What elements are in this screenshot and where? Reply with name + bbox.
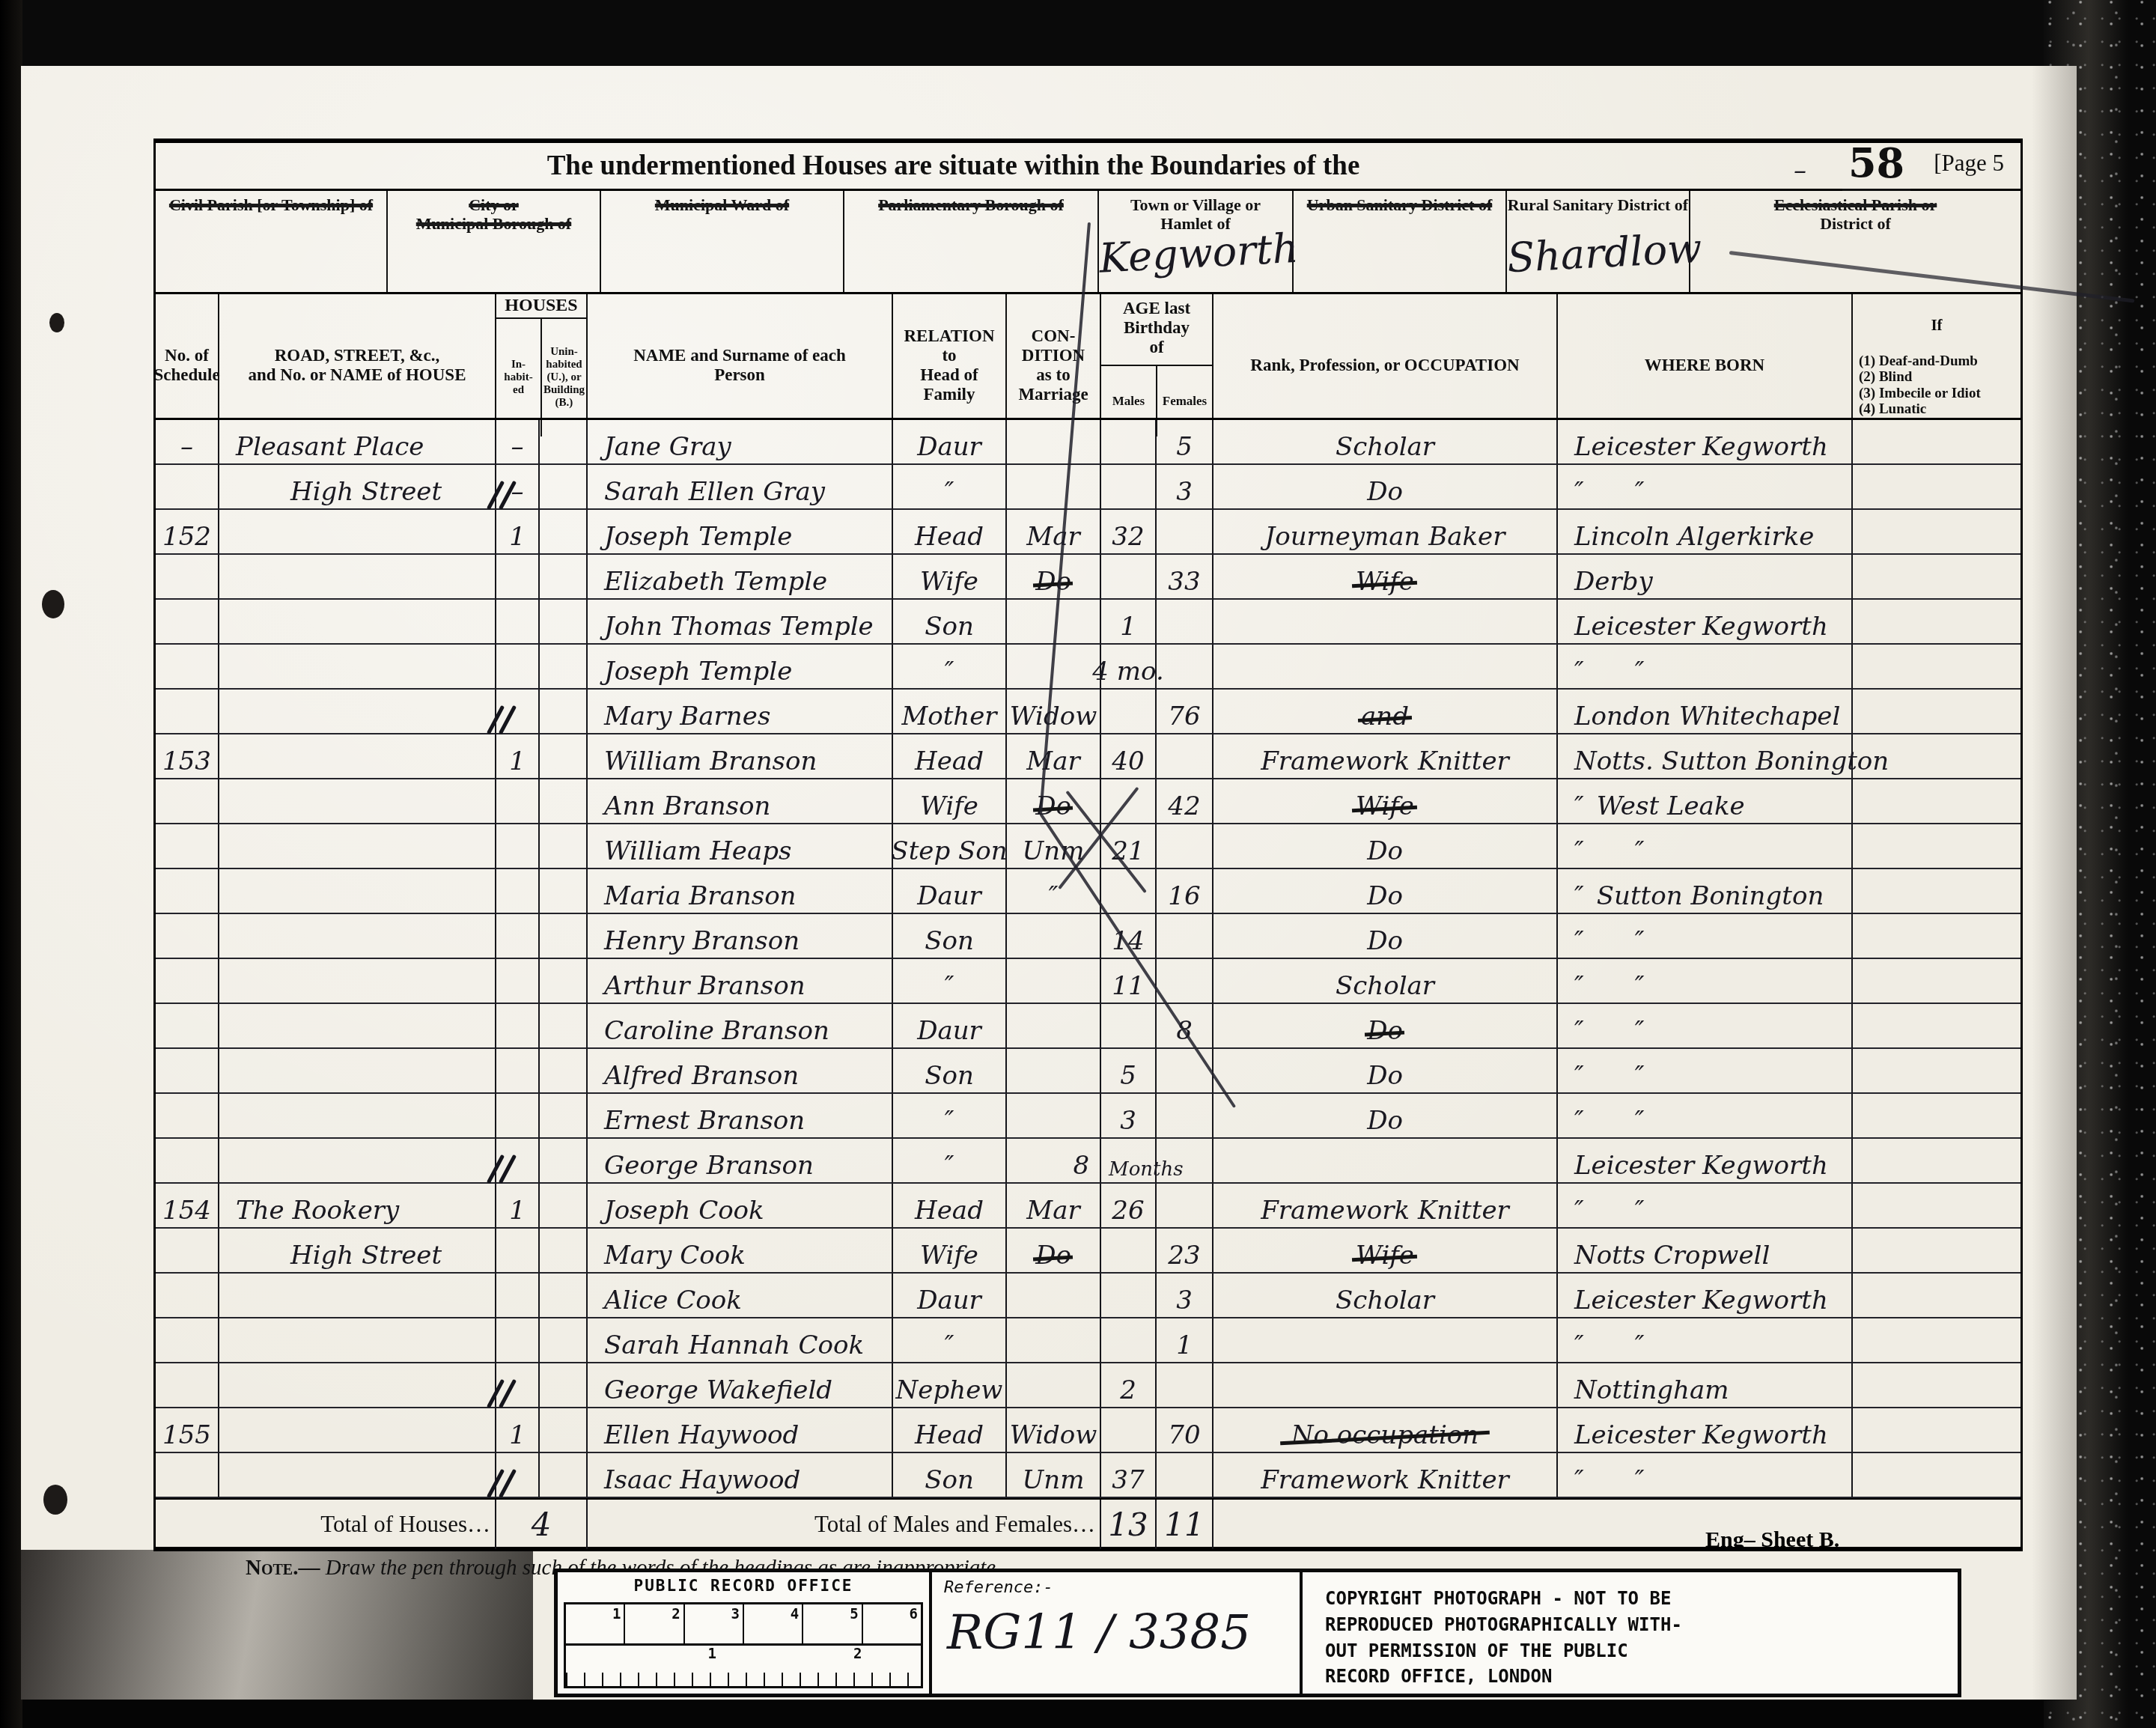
cell-relation: ″ [893,1094,1007,1139]
cell-born: Leicester Kegworth [1558,1408,1853,1453]
paper: The undermentioned Houses are situate wi… [21,66,2077,1700]
cell-occupation: Scholar [1213,1274,1558,1318]
cell-infirmity [1853,1229,2021,1274]
cell-name: William Branson [588,734,893,779]
cell-condition [1007,1318,1101,1363]
inch-ruler: 1 2 [564,1644,923,1688]
district-value: Kegworth [1098,225,1294,282]
cell-female [1157,1184,1213,1229]
cell-male: 4 mo. [1101,645,1157,690]
cell-condition: Mar [1007,1184,1101,1229]
cell-road [219,600,496,645]
cell-uninhabited [540,1139,588,1184]
cell-relation: Nephew [893,1363,1007,1408]
form-title: The undermentioned Houses are situate wi… [156,150,1751,182]
inch-1: 1 [708,1646,716,1662]
cell-schedule: 154 [156,1184,219,1229]
cell-born: Lincoln Algerkirke [1558,510,1853,555]
cell-name: Joseph Temple [588,645,893,690]
cell-born: ″ ″ [1558,914,1853,959]
page-block: – 58 [Page 5 [1752,142,2007,187]
cell-name: Isaac Haywood [588,1453,893,1498]
cell-occupation: Wife [1213,779,1558,824]
col-condition: CON- DITION as to Marriage [1007,294,1101,436]
cell-born: Leicester Kegworth [1558,600,1853,645]
cell-uninhabited [540,1318,588,1363]
cell-born: Derby [1558,555,1853,600]
total-houses-label: Total of Houses… [156,1500,496,1549]
reference-label: Reference:- [944,1578,1053,1597]
cell-male: 26 [1101,1184,1157,1229]
cell-male: 8Months [1101,1139,1157,1184]
cell-female: 33 [1157,555,1213,600]
cell-inhabited [496,600,540,645]
cell-infirmity [1853,1049,2021,1094]
cm-tick-6: 6 [863,1604,921,1643]
cell-relation: Head [893,1184,1007,1229]
cell-schedule [156,1274,219,1318]
cell-male: 11 [1101,959,1157,1004]
cell-condition [1007,1274,1101,1318]
cell-infirmity [1853,1408,2021,1453]
cm-tick-1: 1 [566,1604,625,1643]
cell-female [1157,1094,1213,1139]
cell-infirmity [1853,824,2021,869]
cell-occupation: Do [1213,465,1558,510]
cell-female: 3 [1157,1274,1213,1318]
cell-occupation: Scholar [1213,959,1558,1004]
cell-female: 16 [1157,869,1213,914]
cell-uninhabited [540,1184,588,1229]
col-occupation: Rank, Profession, or OCCUPATION [1213,294,1558,436]
cell-infirmity [1853,600,2021,645]
cell-infirmity [1853,1318,2021,1363]
copyright-text: COPYRIGHT PHOTOGRAPH - NOT TO BE REPRODU… [1325,1586,1958,1690]
cell-name: John Thomas Temple [588,600,893,645]
cell-relation: Son [893,600,1007,645]
cell-name: William Heaps [588,824,893,869]
district-0: Civil Parish [or Township] of [156,191,388,292]
cell-road [219,645,496,690]
cell-uninhabited [540,690,588,734]
cell-condition [1007,1049,1101,1094]
district-5: Urban Sanitary District of [1294,191,1507,292]
form-title-band: The undermentioned Houses are situate wi… [156,141,2021,189]
table-body: –Pleasant Place–Jane GrayDaur5ScholarLei… [156,418,2021,1498]
cell-schedule [156,1004,219,1049]
cell-road: High Street [219,465,496,510]
cell-relation: Daur [893,420,1007,465]
cell-condition: Widow [1007,1408,1101,1453]
cell-name: Joseph Cook [588,1184,893,1229]
table-header: No. of Schedule ROAD, STREET, &c., and N… [156,292,2021,418]
cell-schedule [156,1318,219,1363]
cell-born: Leicester Kegworth [1558,1139,1853,1184]
cell-uninhabited [540,1363,588,1408]
cell-female [1157,734,1213,779]
cell-uninhabited [540,510,588,555]
cell-road: The Rookery [219,1184,496,1229]
cell-infirmity [1853,1094,2021,1139]
cell-occupation: Do [1213,824,1558,869]
cell-relation: Daur [893,1004,1007,1049]
cell-road [219,1363,496,1408]
cell-born: ″ ″ [1558,1318,1853,1363]
cell-infirmity [1853,690,2021,734]
cell-road [219,1004,496,1049]
cell-road [219,1049,496,1094]
cell-female: 5 [1157,420,1213,465]
cell-road [219,914,496,959]
cell-condition: Unm [1007,1453,1101,1498]
cell-schedule [156,600,219,645]
cell-relation: ″ [893,465,1007,510]
cell-uninhabited [540,1229,588,1274]
cell-inhabited [496,1049,540,1094]
cell-name: Caroline Branson [588,1004,893,1049]
cell-born: ″ ″ [1558,465,1853,510]
cell-uninhabited [540,1049,588,1094]
cell-infirmity [1853,1363,2021,1408]
cell-relation: Wife [893,1229,1007,1274]
cell-name: Alice Cook [588,1274,893,1318]
cell-road [219,1094,496,1139]
cell-inhabited [496,1318,540,1363]
cell-female [1157,1049,1213,1094]
cell-relation: ″ [893,959,1007,1004]
cell-born: ″ ″ [1558,1004,1853,1049]
cell-relation: Wife [893,555,1007,600]
sheet-label: Eng– Sheet B. [1705,1527,1839,1553]
cell-road [219,1318,496,1363]
cell-road [219,510,496,555]
census-form: The undermentioned Houses are situate wi… [153,139,2023,1551]
copyright-box: COPYRIGHT PHOTOGRAPH - NOT TO BE REPRODU… [1303,1572,1958,1694]
cell-relation: Mother [893,690,1007,734]
cell-road: Pleasant Place [219,420,496,465]
cell-schedule [156,1049,219,1094]
cell-condition: Mar [1007,510,1101,555]
total-females-value: 11 [1157,1500,1213,1549]
cell-name: Elizabeth Temple [588,555,893,600]
cell-uninhabited [540,420,588,465]
cell-schedule [156,1363,219,1408]
cell-uninhabited [540,734,588,779]
cell-road [219,959,496,1004]
cell-schedule [156,555,219,600]
cell-condition [1007,1094,1101,1139]
cell-schedule [156,779,219,824]
cell-occupation: Framework Knitter [1213,1453,1558,1498]
scan-shadow [2032,66,2077,1700]
cell-male: 32 [1101,510,1157,555]
cell-name: George Branson [588,1139,893,1184]
folio-number: 58 [1842,139,1910,191]
cell-infirmity [1853,1453,2021,1498]
cell-female: 3 [1157,465,1213,510]
cell-name: Henry Branson [588,914,893,959]
cell-road [219,1139,496,1184]
cell-female: 1 [1157,1318,1213,1363]
cell-inhabited: 1 [496,734,540,779]
col-age-group: AGE last Birthday of Males Females [1101,294,1213,436]
cm-tick-5: 5 [803,1604,862,1643]
col-age: AGE last Birthday of [1101,294,1212,365]
cell-male [1101,1318,1157,1363]
total-males-females-label: Total of Males and Females… [588,1500,1101,1549]
inch-2: 2 [853,1646,862,1662]
cell-born: ″ ″ [1558,1184,1853,1229]
district-value: Shardlow [1506,225,1690,282]
cell-uninhabited [540,869,588,914]
cell-schedule: 155 [156,1408,219,1453]
cell-female [1157,959,1213,1004]
district-7: Ecclesiastical Parish orDistrict of [1690,191,2021,292]
cell-infirmity [1853,1274,2021,1318]
cm-tick-2: 2 [625,1604,684,1643]
cell-inhabited: – [496,420,540,465]
cell-schedule: – [156,420,219,465]
cm-tick-3: 3 [685,1604,744,1643]
cell-male [1101,465,1157,510]
cell-occupation: Journeyman Baker [1213,510,1558,555]
cell-male [1101,1229,1157,1274]
cell-condition [1007,959,1101,1004]
cell-born: ″ West Leake [1558,779,1853,824]
cell-uninhabited [540,645,588,690]
cell-occupation: No occupation [1213,1408,1558,1453]
cell-born: ″ ″ [1558,645,1853,690]
cell-uninhabited [540,1453,588,1498]
film-edge-left [0,0,22,1728]
cell-infirmity [1853,734,2021,779]
cell-name: Ellen Haywood [588,1408,893,1453]
cell-infirmity [1853,510,2021,555]
cell-uninhabited [540,779,588,824]
cell-road: High Street [219,1229,496,1274]
cell-road [219,1408,496,1453]
cell-female [1157,1139,1213,1184]
cell-occupation: Do [1213,914,1558,959]
pro-stamp-card: PUBLIC RECORD OFFICE 123456 1 2 Referenc… [554,1569,1961,1697]
col-road: ROAD, STREET, &c., and No. or NAME of HO… [219,294,496,436]
total-houses-value: 4 [496,1500,588,1549]
cell-male [1101,869,1157,914]
cm-tick-4: 4 [744,1604,803,1643]
cell-female [1157,1363,1213,1408]
cell-uninhabited [540,600,588,645]
reference-value: RG11 / 3385 [947,1605,1251,1661]
pro-ruler-box: PUBLIC RECORD OFFICE 123456 1 2 [558,1572,932,1694]
cell-inhabited [496,869,540,914]
pro-title: PUBLIC RECORD OFFICE [558,1577,929,1595]
cell-name: Jane Gray [588,420,893,465]
cell-schedule [156,959,219,1004]
cell-condition [1007,1004,1101,1049]
cell-male [1101,1004,1157,1049]
cell-schedule: 153 [156,734,219,779]
cell-name: Ann Branson [588,779,893,824]
cell-infirmity [1853,914,2021,959]
cell-name: Maria Branson [588,869,893,914]
cell-relation: Head [893,510,1007,555]
cell-road [219,690,496,734]
punch-hole [49,313,64,332]
cell-schedule [156,869,219,914]
cell-infirmity [1853,1139,2021,1184]
cell-born: Nottingham [1558,1363,1853,1408]
cell-condition: Do [1007,555,1101,600]
cell-schedule [156,465,219,510]
cell-male: 3 [1101,1094,1157,1139]
cell-relation: ″ [893,645,1007,690]
cell-schedule [156,1229,219,1274]
cell-male [1101,779,1157,824]
cell-inhabited: 1 [496,1184,540,1229]
cell-born: ″ ″ [1558,1453,1853,1498]
cell-road [219,869,496,914]
cell-road [219,734,496,779]
cell-inhabited [496,1274,540,1318]
district-2: Municipal Ward of [601,191,844,292]
cell-inhabited: 1 [496,1408,540,1453]
cell-occupation: Wife [1213,1229,1558,1274]
cell-inhabited [496,824,540,869]
cell-schedule [156,824,219,869]
cell-male: 5 [1101,1049,1157,1094]
cell-condition [1007,465,1101,510]
cell-occupation: Framework Knitter [1213,1184,1558,1229]
cell-male: 37 [1101,1453,1157,1498]
district-1: City orMunicipal Borough of [388,191,601,292]
cell-occupation: Wife [1213,555,1558,600]
cell-female [1157,510,1213,555]
cell-male: 2 [1101,1363,1157,1408]
cell-relation: Daur [893,1274,1007,1318]
cell-occupation [1213,1363,1558,1408]
cell-born: London Whitechapel [1558,690,1853,734]
cell-uninhabited [540,555,588,600]
cell-name: Joseph Temple [588,510,893,555]
cell-schedule [156,1453,219,1498]
cell-infirmity [1853,779,2021,824]
cell-schedule [156,690,219,734]
cell-born: Notts Cropwell [1558,1229,1853,1274]
cell-schedule [156,1139,219,1184]
cell-male [1101,555,1157,600]
cell-relation: ″ [893,1318,1007,1363]
cell-road [219,555,496,600]
cell-schedule [156,1094,219,1139]
reference-box: Reference:- RG11 / 3385 [932,1572,1303,1694]
cell-condition [1007,1363,1101,1408]
scanned-census-page: The undermentioned Houses are situate wi… [0,0,2156,1728]
cell-male [1101,420,1157,465]
total-males-value: 13 [1101,1500,1157,1549]
cell-uninhabited [540,1274,588,1318]
cell-female [1157,824,1213,869]
cell-born: ″ ″ [1558,824,1853,869]
cell-born: ″ ″ [1558,1049,1853,1094]
cell-name: Sarah Hannah Cook [588,1318,893,1363]
cell-road [219,1274,496,1318]
punch-hole [42,590,64,618]
cell-occupation: Scholar [1213,420,1558,465]
page-dash: – [1794,156,1806,186]
cell-uninhabited [540,465,588,510]
cell-inhabited [496,1094,540,1139]
cell-male: 40 [1101,734,1157,779]
cell-occupation: Do [1213,1049,1558,1094]
cell-inhabited: 1 [496,510,540,555]
cell-female: 23 [1157,1229,1213,1274]
col-schedule: No. of Schedule [156,294,219,436]
cell-inhabited [496,1229,540,1274]
cell-relation: ″ [893,1139,1007,1184]
cell-name: Mary Barnes [588,690,893,734]
cell-uninhabited [540,1408,588,1453]
page-label: [Page 5 [1934,150,2004,177]
cell-female [1157,914,1213,959]
cell-occupation [1213,1318,1558,1363]
cell-relation: Daur [893,869,1007,914]
cell-born: ″ ″ [1558,959,1853,1004]
cell-relation: Step Son [893,824,1007,869]
cell-female: 8 [1157,1004,1213,1049]
cell-occupation: Do [1213,1004,1558,1049]
cell-born: ″ Sutton Bonington [1558,869,1853,914]
cell-occupation: Framework Knitter [1213,734,1558,779]
cell-male [1101,1274,1157,1318]
cell-uninhabited [540,1094,588,1139]
cell-male [1101,1408,1157,1453]
cell-female: 76 [1157,690,1213,734]
cell-born: Leicester Kegworth [1558,1274,1853,1318]
cell-relation: Wife [893,779,1007,824]
col-infirmity: If (1) Deaf-and-Dumb (2) Blind (3) Imbec… [1853,294,2021,436]
cell-relation: Son [893,914,1007,959]
cell-born: Notts. Sutton Bonington [1558,734,1853,779]
col-relation: RELATION to Head of Family [893,294,1007,436]
cell-relation: Head [893,734,1007,779]
cell-born: Leicester Kegworth [1558,420,1853,465]
cell-relation: Son [893,1049,1007,1094]
cell-female [1157,1453,1213,1498]
cell-infirmity [1853,645,2021,690]
cell-born: ″ ″ [1558,1094,1853,1139]
cell-condition: ″ [1007,869,1101,914]
cell-female [1157,645,1213,690]
cell-uninhabited [540,959,588,1004]
cell-name: Arthur Branson [588,959,893,1004]
district-3: Parliamentary Borough of [844,191,1099,292]
cell-occupation: and [1213,690,1558,734]
cell-condition [1007,420,1101,465]
cell-name: George Wakefield [588,1363,893,1408]
cell-inhabited [496,914,540,959]
cell-name: Sarah Ellen Gray [588,465,893,510]
cell-infirmity [1853,555,2021,600]
col-houses: HOUSES [496,294,586,319]
cell-schedule: 152 [156,510,219,555]
col-where-born: WHERE BORN [1558,294,1853,436]
cell-female: 42 [1157,779,1213,824]
cell-inhabited [496,555,540,600]
cell-female [1157,600,1213,645]
cell-name: Mary Cook [588,1229,893,1274]
cell-infirmity [1853,465,2021,510]
cell-schedule [156,645,219,690]
